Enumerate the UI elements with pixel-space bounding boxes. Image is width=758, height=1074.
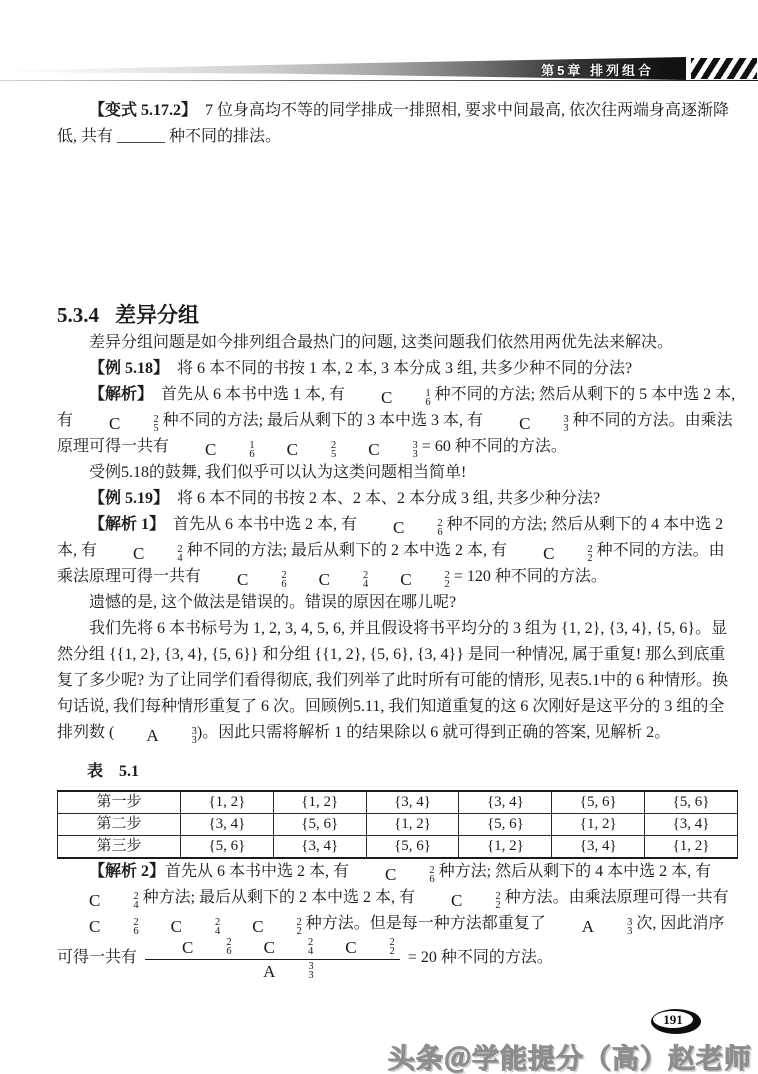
table-cell: {1, 2} <box>273 791 366 814</box>
table-cell: {5, 6} <box>552 791 645 814</box>
table-row-header: 第三步 <box>58 836 181 859</box>
math-symbol: A33 <box>114 727 197 745</box>
table-cell: {3, 4} <box>645 814 738 836</box>
diagonal-stripes-fill <box>691 58 757 79</box>
math-symbol: C26 <box>150 938 232 956</box>
math-symbol: C22 <box>419 892 501 910</box>
math-symbol: C24 <box>287 571 369 589</box>
section-number: 5.3.4 <box>57 303 99 327</box>
example-5-18: 【例 5.18】 将 6 本不同的书按 1 本, 2 本, 3 本分成 3 组,… <box>57 356 738 382</box>
table-cell: {5, 6} <box>181 836 274 859</box>
math-symbol: C16 <box>349 389 431 407</box>
chapter-header-band: 第5章 排列组合 <box>0 56 758 84</box>
encourage-paragraph: 受例5.18的鼓舞, 我们似乎可以认为这类问题相当简单! <box>57 460 738 486</box>
table-cell: {3, 4} <box>366 791 459 814</box>
table-row: 第一步{1, 2}{1, 2}{3, 4}{3, 4}{5, 6}{5, 6} <box>58 791 738 814</box>
solution-5-18: 【解析】 首先从 6 本书中选 1 本, 有 C16 种不同的方法; 然后从剩下… <box>57 382 738 460</box>
table-row: 第二步{3, 4}{5, 6}{1, 2}{5, 6}{1, 2}{3, 4} <box>58 814 738 836</box>
math-symbol: C22 <box>313 938 395 956</box>
chapter-title: 第5章 排列组合 <box>541 60 654 79</box>
solution-5-18-body: 首先从 6 本书中选 1 本, 有 C16 种不同的方法; 然后从剩下的 5 本… <box>57 386 735 455</box>
example-5-19: 【例 5.19】 将 6 本不同的书按 2 本、2 本、2 本分成 3 组, 共… <box>57 486 738 512</box>
variation-label: 【变式 5.17.2】 <box>89 102 189 119</box>
math-symbol: C22 <box>368 571 450 589</box>
math-symbol: A33 <box>231 962 314 980</box>
example-5-19-label: 【例 5.19】 <box>89 490 161 507</box>
solution-5-18-label: 【解析】 <box>89 386 145 403</box>
textbook-page: 第5章 排列组合 【变式 5.17.2】 7 位身高均不等的同学排成一排照相, … <box>0 0 758 1074</box>
math-symbol: C26 <box>205 571 287 589</box>
table-cell: {3, 4} <box>273 836 366 859</box>
math-symbol: C22 <box>220 918 302 936</box>
table-cell: {1, 2} <box>645 836 738 859</box>
example-5-18-label: 【例 5.18】 <box>89 360 161 377</box>
solution-1-5-19: 【解析 1】 首先从 6 本书中选 2 本, 有 C26 种不同的方法; 然后从… <box>57 512 738 590</box>
table-cell: {1, 2} <box>181 791 274 814</box>
solution-1-body: 首先从 6 本书中选 2 本, 有 C26 种不同的方法; 然后从剩下的 4 本… <box>57 516 725 585</box>
math-symbol: C24 <box>232 938 314 956</box>
intro-paragraph: 差异分组问题是如今排列组合最热门的问题, 这类问题我们依然用两优先法来解决。 <box>57 330 738 356</box>
table-row: 第三步{5, 6}{3, 4}{5, 6}{1, 2}{3, 4}{1, 2} <box>58 836 738 859</box>
table-cell: {3, 4} <box>552 836 645 859</box>
fraction: C26C24C22A33 <box>145 937 400 980</box>
watermark-text: 头条＠学能提分（高）赵老师 <box>388 1037 752 1074</box>
math-symbol: C16 <box>173 441 255 459</box>
regret-paragraph: 遗憾的是, 这个做法是错误的。错误的原因在哪儿呢? <box>57 590 738 616</box>
math-symbol: C26 <box>57 918 139 936</box>
table-caption: 表 5.1 <box>87 759 738 785</box>
table-cell: {5, 6} <box>459 814 552 836</box>
example-5-19-text: 将 6 本不同的书按 2 本、2 本、2 本分成 3 组, 共多少种分法? <box>161 490 600 507</box>
page-content: 【变式 5.17.2】 7 位身高均不等的同学排成一排照相, 要求中间最高, 依… <box>57 98 738 980</box>
table-cell: {3, 4} <box>181 814 274 836</box>
math-symbol: C24 <box>101 545 183 563</box>
table-cell: {1, 2} <box>366 814 459 836</box>
math-symbol: C25 <box>255 441 337 459</box>
math-symbol: C33 <box>487 415 569 433</box>
table-cell: {5, 6} <box>273 814 366 836</box>
diagonal-stripes-decoration <box>691 58 757 79</box>
table-cell: {1, 2} <box>459 836 552 859</box>
math-symbol: A33 <box>550 918 633 936</box>
table-cell: {5, 6} <box>366 836 459 859</box>
page-number: 191 <box>653 1011 693 1028</box>
explanation-paragraph: 我们先将 6 本书标号为 1, 2, 3, 4, 5, 6, 并且假设将书平均分… <box>57 616 738 746</box>
table-row-header: 第二步 <box>58 814 181 836</box>
math-symbol: C33 <box>336 441 418 459</box>
math-symbol: C22 <box>511 545 593 563</box>
table-cell: {3, 4} <box>459 791 552 814</box>
example-5-18-text: 将 6 本不同的书按 1 本, 2 本, 3 本分成 3 组, 共多少种不同的分… <box>161 360 632 377</box>
section-heading: 5.3.4差异分组 <box>57 300 738 330</box>
section-title: 差异分组 <box>115 303 199 327</box>
math-symbol: C25 <box>77 415 159 433</box>
math-symbol: C24 <box>139 918 221 936</box>
page-number-badge: 191 <box>651 1009 701 1034</box>
table-cell: {5, 6} <box>645 791 738 814</box>
solution-2-5-19: 【解析 2】首先从 6 本书中选 2 本, 有 C26 种方法; 然后从剩下的 … <box>57 859 738 980</box>
table-cell: {1, 2} <box>552 814 645 836</box>
math-symbol: C26 <box>361 519 443 537</box>
table-5-1: 第一步{1, 2}{1, 2}{3, 4}{3, 4}{5, 6}{5, 6}第… <box>57 790 738 859</box>
math-symbol: C26 <box>353 866 435 884</box>
table-row-header: 第一步 <box>58 791 181 814</box>
variation-5-17-2: 【变式 5.17.2】 7 位身高均不等的同学排成一排照相, 要求中间最高, 依… <box>57 98 738 150</box>
header-rule-line <box>0 80 758 81</box>
solution-1-label: 【解析 1】 <box>89 516 157 533</box>
solution-2-label: 【解析 2】 <box>89 863 165 880</box>
math-symbol: C24 <box>57 892 139 910</box>
